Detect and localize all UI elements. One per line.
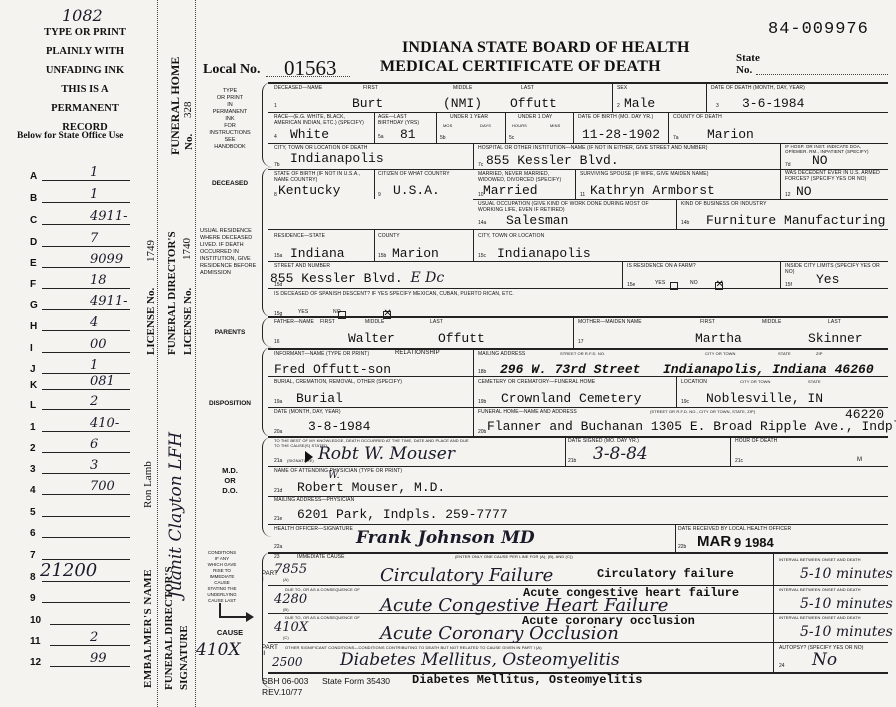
cemetery-value: Crownland Cemetery [501,391,641,406]
sex-value: Male [624,96,655,111]
margin-code-label: 4 [30,485,42,496]
license-no-label: LICENSE No. [145,288,157,355]
margin-code-label: L [30,400,42,411]
father-last-name: Offutt [438,331,485,346]
cause-item-no: 23 [274,554,280,560]
margin-code-label: 12 [30,657,42,668]
fd-license-label: FUNERAL DIRECTOR'S [166,231,178,355]
mother-first-name: Martha [695,331,742,346]
spouse-label: SURVIVING SPOUSE (If wife, give maiden n… [580,171,709,177]
margin-code-value: 410- [90,416,119,431]
margin-code-value: 4 [90,315,98,330]
margin-code-line [42,267,130,268]
margin-code-line [42,288,130,289]
margin-code-value: 9099 [90,252,123,267]
margin-code-line [42,494,130,495]
cause-typed: Acute coronary occlusion [522,614,695,628]
disposition-method-label: BURIAL, CREMATION, REMOVAL, OTHER (Speci… [274,379,402,385]
side-text: RESIDENCE BEFORE [200,263,262,270]
under-1-day-label: UNDER 1 DAY [518,114,552,120]
arrow-right-icon-head [246,612,254,622]
side-text: M.D. [200,466,260,476]
margin-code-row: 10 [30,612,130,626]
part2-label: PART II [262,645,272,657]
margin-code-row: B1 [30,190,130,204]
side-text: PERMANENT [200,109,260,116]
hour-suffix: M [857,457,862,463]
margin-code-label: H [30,321,42,332]
farm-no-checkbox[interactable] [715,282,723,290]
margin-code-row: 5 [30,504,130,518]
date-received-label: DATE RECEIVED BY LOCAL HEALTH OFFICER [678,526,791,532]
embalmer-name-label: EMBALMER'S NAME [142,569,154,688]
instruction-line: PLAINLY WITH [20,42,150,61]
cause-typed: Circulatory failure [597,567,734,581]
disposition-section-label: DISPOSITION [200,400,260,408]
informant-city-state-zip: Indianapolis, Indiana 46260 [663,362,874,377]
armed-forces-value: NO [796,184,812,199]
margin-code-line [42,473,130,474]
funeral-home-no-label: No. [183,134,195,150]
state-form-number: State Form 35430 [322,676,390,686]
margin-code-line [42,581,130,582]
residence-state-label: RESIDENCE—STATE [274,233,325,239]
state-of-birth-value: Kentucky [278,183,340,198]
margin-code-value: 700 [90,479,115,494]
instruction-line: UNFADING INK [20,61,150,80]
father-middle-label: MIDDLE [365,319,385,325]
mother-last-label: LAST [828,319,841,325]
father-last-label: LAST [430,319,443,325]
margin-code-row: 112 [30,633,130,647]
state-office-use-label: Below for State Office Use [17,131,123,141]
last-label: LAST [521,85,534,91]
fd-signature-label-2: SIGNATURE [178,625,190,690]
deceased-middle-name: (NMI) [443,96,482,111]
side-text: FOR [200,123,260,130]
deceased-name-label: DECEASED—NAME [274,85,322,91]
state-label: STATE [778,351,791,357]
margin-code-value: 18 [90,273,107,288]
street-rfd-label: STREET OR R.F.D. NO. [560,351,605,357]
certificate-title-2: MEDICAL CERTIFICATE OF DEATH [380,58,661,76]
state-of-birth-label: STATE OF BIRTH (If not in U.S.A., name c… [274,171,370,183]
farm-label: IS RESIDENCE ON A FARM? [627,263,696,269]
funeral-home-no: 328 [182,102,194,119]
margin-code-label: 11 [30,636,42,647]
spouse-value: Kathryn Armborst [590,183,715,198]
cause-interval: 5-10 minutes [800,566,893,582]
autopsy-value: No [812,650,837,670]
armed-forces-label: WAS DECEDENT EVER IN U.S. ARMED FORCES? … [785,170,885,182]
cause-instruction: (ENTER ONLY ONE CAUSE PER LINE FOR (a), … [455,554,573,560]
immediate-cause-label: IMMEDIATE CAUSE [297,554,345,560]
county-of-death-label: COUNTY OF DEATH [673,114,722,120]
cause-interval: 5-10 minutes [800,596,893,612]
disposition-method-value: Burial [296,391,343,406]
disposition-date-value: 3-8-1984 [308,419,370,434]
arrow-right-icon-shaft [219,616,249,618]
father-first-label: FIRST [320,319,335,325]
age-label: AGE—Last Birthday (Yrs) [378,114,433,126]
farm-yes-checkbox[interactable] [670,282,678,290]
side-text: INSTRUCTIONS [200,130,260,137]
disposition-date-label: DATE (MONTH, DAY, YEAR) [274,409,341,415]
citizen-label: CITIZEN OF WHAT COUNTRY [378,171,450,177]
hosp-status-label: IF HOSP. OR INST. Indicate DOA, OP/Emer.… [785,144,885,154]
date-signed-value: 3-8-84 [593,444,648,464]
margin-code-row: 7 [30,547,130,561]
side-text: INK [200,116,260,123]
margin-code-value: 2 [90,394,98,409]
mins-label: MINS [550,123,560,129]
citizen-value: U.S.A. [393,183,440,198]
margin-code-row: 4700 [30,482,130,496]
margin-code-value: 21200 [40,560,97,581]
embalmer-name: Ron Lamb [142,461,154,508]
cause-code: 7855 [274,562,307,577]
county-of-death-value: Marion [707,127,754,142]
margin-code-label: 2 [30,443,42,454]
margin-code-line [42,202,130,203]
side-text: USUAL RESIDENCE [200,228,262,235]
spanish-descent-label: IS DECEASED OF SPANISH DESCENT? IF YES S… [274,291,514,297]
interval-label: Interval between onset and death [779,615,861,621]
city-of-death-value: Indianapolis [290,151,384,166]
margin-code-line [42,309,130,310]
interval-label: Interval between onset and death [779,557,861,563]
margin-code-line [42,409,130,410]
margin-code-row: D7 [30,234,130,248]
margin-code-value: 081 [90,374,115,389]
zip-label: ZIP [816,351,823,357]
form-revision: REV.10/77 [262,687,308,698]
spanish-yes-label: YES [298,309,308,315]
informant-street-value: 296 W. 73rd Street [500,362,640,377]
location-state-label: STATE [808,379,821,385]
margin-code-line [42,516,130,517]
margin-code-label: D [30,237,42,248]
middle-label: MIDDLE [453,85,473,91]
local-no-label: Local No. [203,62,261,78]
margin-code-label: A [30,171,42,182]
date-of-death-value: 3-6-1984 [742,96,804,111]
margin-code-line [42,180,130,181]
margin-code-line [42,330,130,331]
side-text: OCCURRED IN [200,249,262,256]
mother-last-name: Skinner [808,331,863,346]
cause-section-label: CAUSE [200,629,260,637]
margin-code-label: J [30,364,42,375]
margin-code-value: 3 [90,458,98,473]
other-conditions-handwritten: Diabetes Mellitus, Osteomyelitis [340,650,620,670]
residence-state-value: Indiana [290,246,345,261]
physician-mailing-value: 6201 Park, Indpls. 259-7777 [297,507,508,522]
margin-code-label: 3 [30,464,42,475]
race-label: RACE—(e.g. White, Black, American Indian… [274,114,369,126]
location-label: LOCATION [681,379,707,385]
physician-mailing-label: MAILING ADDRESS—PHYSICIAN [274,497,354,503]
funeral-home-zip: 46220 [845,407,884,422]
health-officer-signature: Frank Johnson MD [356,528,535,548]
instruction-line: PERMANENT [20,99,150,118]
fd-license-no: 1740 [181,238,193,260]
date-of-death-label: DATE OF DEATH (MONTH, DAY, YEAR) [711,85,805,91]
marital-label: MARRIED, NEVER MARRIED, WIDOWED, DIVORCE… [478,171,573,183]
residence-county-value: Marion [392,246,439,261]
cause-code: 4280 [274,592,307,607]
health-officer-label: HEALTH OFFICER—SIGNATURE [274,526,353,532]
marital-value: Married [483,183,538,198]
margin-code-label: 9 [30,593,42,604]
business-label: KIND OF BUSINESS OR INDUSTRY [681,201,767,207]
margin-code-line [50,645,130,646]
cause-letter: (b) [283,607,289,613]
funeral-home-addr-label: (STREET OR R.F.D. NO., CITY OR TOWN, STA… [650,409,755,415]
margin-code-row: I00 [30,340,130,354]
margin-code-line [42,431,130,432]
margin-code-row: A1 [30,168,130,182]
margin-code-label: 10 [30,615,42,626]
residence-city-value: Indianapolis [497,246,591,261]
deceased-section-label: DECEASED [200,180,260,188]
days-label: DAYS [480,123,491,129]
residence-city-label: CITY, TOWN OR LOCATION [478,233,544,239]
cause-typed: Acute congestive heart failure [523,586,739,600]
dob-label: DATE OF BIRTH (Mo. Day Yr.) [578,114,653,120]
margin-code-value: 7 [90,231,98,246]
margin-code-value: 00 [90,337,107,352]
margin-code-row: 821200 [30,569,130,583]
side-text: OR [200,476,260,486]
cause-interval: 5-10 minutes [800,624,893,640]
margin-code-label: 6 [30,528,42,539]
margin-code-value: 1 [90,187,98,202]
cause-letter: (c) [283,635,289,641]
side-text: ADMISSION [200,270,262,277]
arrow-right-icon [219,603,221,617]
margin-code-line [50,624,130,625]
side-text: CAUSE LAST [198,598,246,604]
cause-handwritten: Circulatory Failure [380,565,553,586]
other-conditions-code: 2500 [272,655,303,669]
funeral-home-value: Flanner and Buchanan 1305 E. Broad Rippl… [487,419,896,434]
instruction-line: THIS IS A [20,80,150,99]
father-first-name: Walter [348,331,395,346]
arrow-pointer-icon [305,451,313,463]
mailing-address-label: MAILING ADDRESS [478,351,525,357]
margin-code-row: G4911- [30,297,130,311]
street-value: 855 Kessler Blvd. E Dc [270,270,444,286]
farm-yes-label: YES [655,280,665,286]
margin-code-label: E [30,258,42,269]
side-text: OR PRINT [200,95,260,102]
spanish-no-label: NO [333,309,341,315]
margin-code-label: G [30,300,42,311]
margin-code-row: 9 [30,590,130,604]
instructions-block: TYPE OR PRINT PLAINLY WITH UNFADING INK … [20,23,150,137]
margin-code-line [50,666,130,667]
deceased-first-name: Burt [352,96,383,111]
sex-label: SEX [617,85,627,91]
date-received-month: MAR [697,533,731,550]
form-id-block: SBH 06-003 REV.10/77 [262,676,308,698]
fd-signature: Juanit Clayton LFH [166,432,186,598]
father-name-label: FATHER—NAME [274,319,314,325]
spanish-no-checkbox[interactable] [383,311,391,319]
age-value: 81 [400,127,416,142]
side-text: IN [200,102,260,109]
margin-code-value: 4911- [90,209,127,224]
side-text: INSTITUTION, GIVE [200,256,262,263]
mother-name-label: MOTHER—MAIDEN NAME [578,319,642,325]
margin-code-row: 6 [30,525,130,539]
side-text: SEE [200,137,260,144]
funeral-home-label: FUNERAL HOME [168,57,183,155]
side-text: D.O. [200,486,260,496]
margin-code-label: 5 [30,507,42,518]
deceased-last-name: Offutt [510,96,557,111]
physician-signature: Robt W. Mouser [318,444,455,464]
margin-code-line [42,389,130,390]
side-text: WHERE DECEASED [200,235,262,242]
mother-middle-label: MIDDLE [762,319,782,325]
usual-residence-note: USUAL RESIDENCE WHERE DECEASED LIVED. IF… [200,228,262,277]
margin-code-row: 1299 [30,654,130,668]
residence-county-label: COUNTY [378,233,400,239]
relationship-label: RELATIONSHIP [395,350,440,356]
cemetery-label: CEMETERY OR CREMATORY—FUNERAL HOME [478,379,595,385]
informant-name-value: Fred Offutt-son [274,362,391,377]
local-no-value: 01563 [284,56,337,81]
margin-code-label: B [30,193,42,204]
street-text: 855 Kessler Blvd. [270,271,403,286]
md-do-section-label: M.D. OR D.O. [200,466,260,496]
margin-code-line [42,602,130,603]
margin-code-value: 1 [90,165,98,180]
hospital-value: 855 Kessler Blvd. [486,153,619,168]
margin-code-label: F [30,279,42,290]
location-city-label: CITY OR TOWN [740,379,771,385]
margin-code-line [42,452,130,453]
margin-code-value: 6 [90,437,98,452]
business-value: Furniture Manufacturing [706,213,885,228]
margin-code-row: 26 [30,440,130,454]
margin-code-line [42,352,130,353]
race-value: White [290,127,329,142]
side-text: LIVED. IF DEATH [200,242,262,249]
state-no-label-1: State [736,52,760,64]
cause-code-handwritten: 410X [196,640,241,660]
occupation-value: Salesman [506,213,568,228]
parents-section-label: PARENTS [200,329,260,337]
hour-of-death-label: HOUR OF DEATH [735,438,777,444]
dob-value: 11-28-1902 [582,127,660,142]
street-note: E Dc [410,270,444,286]
funeral-home-name-label: FUNERAL HOME—NAME AND ADDRESS [478,409,577,415]
margin-code-row: K081 [30,377,130,391]
license-no: 1749 [145,240,157,262]
margin-code-row: C4911- [30,212,130,226]
cause-code: 410X [274,620,308,635]
location-value: Noblesville, IN [706,391,823,406]
margin-code-line [42,246,130,247]
under-1-year-label: UNDER 1 YEAR [450,114,488,120]
margin-code-row: H4 [30,318,130,332]
margin-code-value: 4911- [90,294,127,309]
side-text: HANDBOOK [200,144,260,151]
margin-code-line [42,224,130,225]
side-text: TYPE [200,88,260,95]
cause-letter: (a) [283,577,289,583]
hours-label: HOURS [512,123,527,129]
occupation-label: USUAL OCCUPATION (Give kind of work done… [478,201,668,213]
informant-name-label: INFORMANT—NAME (Type or print) [274,351,369,357]
farm-no-label: NO [690,280,698,286]
mos-label: MOS [443,123,452,129]
attending-physician-value: Robert Mouser, M.D. [297,480,445,495]
margin-code-row: E9099 [30,255,130,269]
margin-code-row: F18 [30,276,130,290]
margin-code-row: 1410- [30,419,130,433]
certificate-title-1: INDIANA STATE BOARD OF HEALTH [402,39,690,57]
margin-code-value: 1 [90,358,98,373]
margin-code-line [42,373,130,374]
margin-code-label: K [30,380,42,391]
margin-code-label: 1 [30,422,42,433]
interval-label: Interval between onset and death [779,587,861,593]
margin-code-value: 2 [90,630,98,645]
city-limits-value: Yes [816,272,839,287]
other-conditions-typed: Diabetes Mellitus, Osteomyelitis [412,673,642,687]
form-id: SBH 06-003 [262,676,308,687]
mother-first-label: FIRST [700,319,715,325]
margin-code-label: I [30,343,42,354]
conditions-note: CONDITIONS IF ANY WHICH GAVE RISE TO IMM… [198,550,246,604]
state-no-label: State No. [736,52,760,76]
type-print-instructions: TYPE OR PRINT IN PERMANENT INK FOR INSTR… [200,88,260,151]
city-town-label: CITY OR TOWN [705,351,736,357]
fd-license-label-2: LICENSE No. [182,288,194,355]
first-label: FIRST [363,85,378,91]
date-received-day-year: 9 1984 [734,535,774,550]
hospital-label: HOSPITAL OR OTHER INSTITUTION—Name (if n… [478,145,778,151]
hosp-status-value: NO [812,153,828,168]
margin-code-value: 99 [90,651,107,666]
instruction-line: TYPE OR PRINT [20,23,150,42]
state-no-value: 84-009976 [768,20,869,39]
margin-code-line [42,537,130,538]
margin-code-row: J1 [30,361,130,375]
part1-label: PART I [262,571,272,583]
margin-code-row: 33 [30,461,130,475]
margin-code-row: L2 [30,397,130,411]
margin-code-label: C [30,215,42,226]
street-label: STREET AND NUMBER [274,263,330,269]
